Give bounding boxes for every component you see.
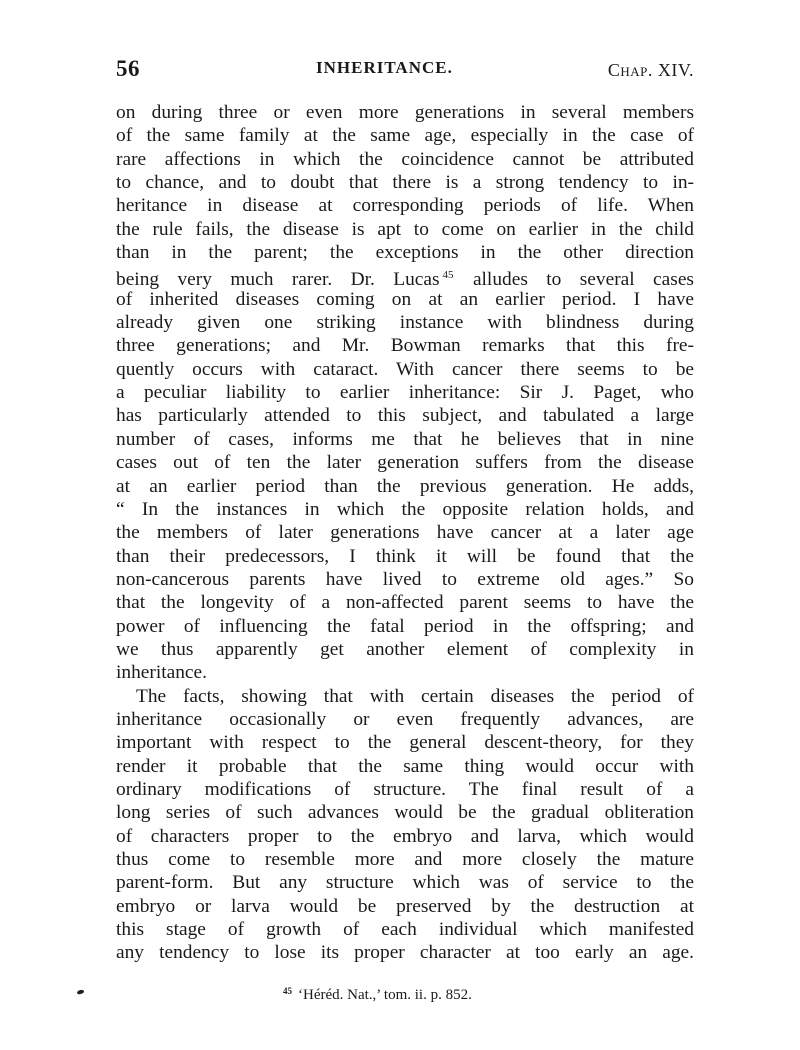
running-head: 56 INHERITANCE. Chap. XIV. bbox=[116, 56, 694, 86]
text-line: than in the parent; the exceptions in th… bbox=[116, 241, 694, 264]
text-line: rare affections in which the coincidence… bbox=[116, 148, 694, 171]
text-line: parent-form. But any structure which was… bbox=[116, 871, 694, 894]
text-line: at an earlier period than the previous g… bbox=[116, 475, 694, 498]
body-text: on during three or even more generations… bbox=[116, 101, 694, 965]
book-page: 56 INHERITANCE. Chap. XIV. on during thr… bbox=[0, 0, 800, 1050]
footnote-text: ‘Héréd. Nat.,’ tom. ii. p. 852. bbox=[298, 987, 472, 1003]
footnote-marker: 45 bbox=[283, 986, 292, 996]
text-line-with-footnote-ref: being very much rarer. Dr. Lucas45 allud… bbox=[116, 264, 694, 287]
text-line: ordinary modifications of structure. The… bbox=[116, 778, 694, 801]
text-line: that the longevity of a non-affected par… bbox=[116, 591, 694, 614]
text-line: non-cancerous parents have lived to extr… bbox=[116, 568, 694, 591]
text-line: quently occurs with cataract. With cance… bbox=[116, 358, 694, 381]
text-line: heritance in disease at corresponding pe… bbox=[116, 194, 694, 217]
text-line: the members of later generations have ca… bbox=[116, 521, 694, 544]
text-line: important with respect to the general de… bbox=[116, 731, 694, 754]
text-line: embryo or larva would be preserved by th… bbox=[116, 895, 694, 918]
ink-speck bbox=[77, 989, 85, 995]
text-line: on during three or even more generations… bbox=[116, 101, 694, 124]
text-line: to chance, and to doubt that there is a … bbox=[116, 171, 694, 194]
text-line: the rule fails, the disease is apt to co… bbox=[116, 218, 694, 241]
page-number: 56 bbox=[116, 56, 140, 82]
text-line: thus come to resemble more and more clos… bbox=[116, 848, 694, 871]
paragraph-1: on during three or even more generations… bbox=[116, 101, 694, 685]
text-line: of the same family at the same age, espe… bbox=[116, 124, 694, 147]
text-line: of inherited diseases coming on at an ea… bbox=[116, 288, 694, 311]
text-line: this stage of growth of each individual … bbox=[116, 918, 694, 941]
text-line: inheritance. bbox=[116, 661, 694, 684]
paragraph-2: The facts, showing that with certain dis… bbox=[116, 685, 694, 965]
text-line: inheritance occasionally or even frequen… bbox=[116, 708, 694, 731]
text-line: than their predecessors, I think it will… bbox=[116, 545, 694, 568]
footnote-45: 45‘Héréd. Nat.,’ tom. ii. p. 852. bbox=[283, 986, 472, 1004]
footnote-reference-45[interactable]: 45 bbox=[443, 269, 454, 281]
text-line: cases out of ten the later generation su… bbox=[116, 451, 694, 474]
text-line: three generations; and Mr. Bowman remark… bbox=[116, 334, 694, 357]
text-line: has particularly attended to this subjec… bbox=[116, 404, 694, 427]
text-line: “ In the instances in which the opposite… bbox=[116, 498, 694, 521]
running-title: INHERITANCE. bbox=[316, 58, 453, 78]
text-line: we thus apparently get another element o… bbox=[116, 638, 694, 661]
text-line: of characters proper to the embryo and l… bbox=[116, 825, 694, 848]
text-line: number of cases, informs me that he beli… bbox=[116, 428, 694, 451]
chapter-label: Chap. XIV. bbox=[608, 60, 694, 81]
text-line: already given one striking instance with… bbox=[116, 311, 694, 334]
text-line: The facts, showing that with certain dis… bbox=[116, 685, 694, 708]
text-line: long series of such advances would be th… bbox=[116, 801, 694, 824]
text-line: render it probable that the same thing w… bbox=[116, 755, 694, 778]
text-line: any tendency to lose its proper characte… bbox=[116, 941, 694, 964]
text-line: power of influencing the fatal period in… bbox=[116, 615, 694, 638]
text-line: a peculiar liability to earlier inherita… bbox=[116, 381, 694, 404]
